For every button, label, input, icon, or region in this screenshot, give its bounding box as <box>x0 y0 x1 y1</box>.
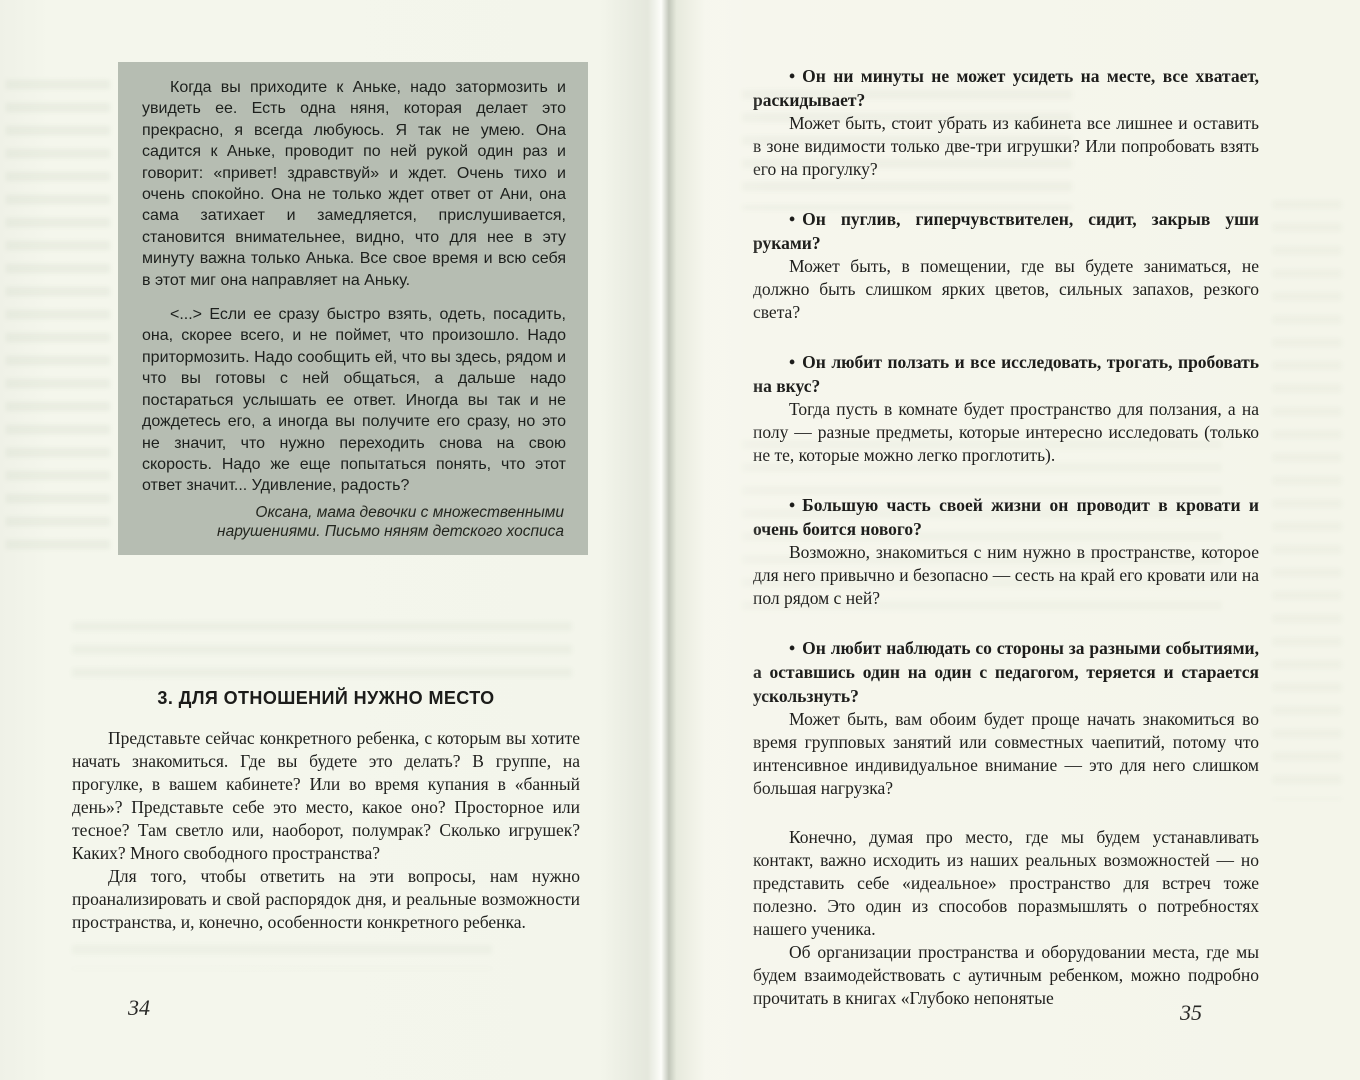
bleed-through-ghost <box>1272 200 1342 800</box>
qa-question: •Он ни минуты не может усидеть на месте,… <box>753 64 1259 112</box>
qa-question-text: Он любит ползать и все исследовать, трог… <box>753 352 1259 396</box>
bullet-marker: • <box>789 66 795 86</box>
bullet-marker: • <box>789 638 795 658</box>
quote-block: Когда вы приходите к Аньке, надо затормо… <box>118 62 588 555</box>
qa-answer: Тогда пусть в комнате будет пространство… <box>753 398 1259 467</box>
qa-item: •Он ни минуты не может усидеть на месте,… <box>753 64 1259 181</box>
bullet-marker: • <box>789 495 795 515</box>
right-page-body: •Он ни минуты не может усидеть на месте,… <box>753 64 1259 1010</box>
bleed-through-ghost <box>6 80 110 550</box>
body-paragraph: Конечно, думая про место, где мы будем у… <box>753 826 1259 941</box>
qa-answer: Возможно, знакомиться с ним нужно в прос… <box>753 541 1259 610</box>
quote-attribution-line: нарушениями. Письмо няням детского хоспи… <box>142 522 564 542</box>
qa-item: •Он пуглив, гиперчувствителен, сидит, за… <box>753 207 1259 324</box>
quote-attribution: Оксана, мама девочки с множественными на… <box>142 503 566 542</box>
left-page-body: Представьте сейчас конкретного ребенка, … <box>72 727 580 934</box>
closing-paragraphs: Конечно, думая про место, где мы будем у… <box>753 826 1259 1010</box>
qa-answer: Может быть, вам обоим будет проще начать… <box>753 708 1259 800</box>
bleed-through-ghost <box>72 945 492 969</box>
qa-item: •Большую часть своей жизни он проводит в… <box>753 493 1259 610</box>
bleed-through-ghost <box>72 622 572 686</box>
qa-answer: Может быть, в помещении, где вы будете з… <box>753 255 1259 324</box>
bullet-marker: • <box>789 352 795 372</box>
qa-answer: Может быть, стоит убрать из кабинета все… <box>753 112 1259 181</box>
qa-question-text: Он любит наблюдать со стороны за разными… <box>753 638 1259 706</box>
page-number-right: 35 <box>1180 1000 1202 1026</box>
qa-question: •Большую часть своей жизни он проводит в… <box>753 493 1259 541</box>
qa-question-text: Он ни минуты не может усидеть на месте, … <box>753 66 1259 110</box>
quote-paragraph: <...> Если ее сразу быстро взять, одеть,… <box>142 304 566 497</box>
body-paragraph: Представьте сейчас конкретного ребенка, … <box>72 727 580 865</box>
page-left: Когда вы приходите к Аньке, надо затормо… <box>0 0 672 1080</box>
quote-attribution-line: Оксана, мама девочки с множественными <box>142 503 564 523</box>
qa-item: •Он любит ползать и все исследовать, тро… <box>753 350 1259 467</box>
qa-question: •Он любит наблюдать со стороны за разным… <box>753 636 1259 708</box>
qa-question: •Он любит ползать и все исследовать, тро… <box>753 350 1259 398</box>
qa-question-text: Большую часть своей жизни он проводит в … <box>753 495 1259 539</box>
qa-question-text: Он пуглив, гиперчувствителен, сидит, зак… <box>753 209 1259 253</box>
qa-item: •Он любит наблюдать со стороны за разным… <box>753 636 1259 800</box>
page-right: •Он ни минуты не может усидеть на месте,… <box>672 0 1360 1080</box>
body-paragraph: Для того, чтобы ответить на эти вопросы,… <box>72 865 580 934</box>
section-heading: 3. ДЛЯ ОТНОШЕНИЙ НУЖНО МЕСТО <box>72 688 580 709</box>
bullet-marker: • <box>789 209 795 229</box>
book-spread: Когда вы приходите к Аньке, надо затормо… <box>0 0 1360 1080</box>
quote-paragraph: Когда вы приходите к Аньке, надо затормо… <box>142 77 566 291</box>
qa-question: •Он пуглив, гиперчувствителен, сидит, за… <box>753 207 1259 255</box>
page-number-left: 34 <box>128 995 150 1021</box>
